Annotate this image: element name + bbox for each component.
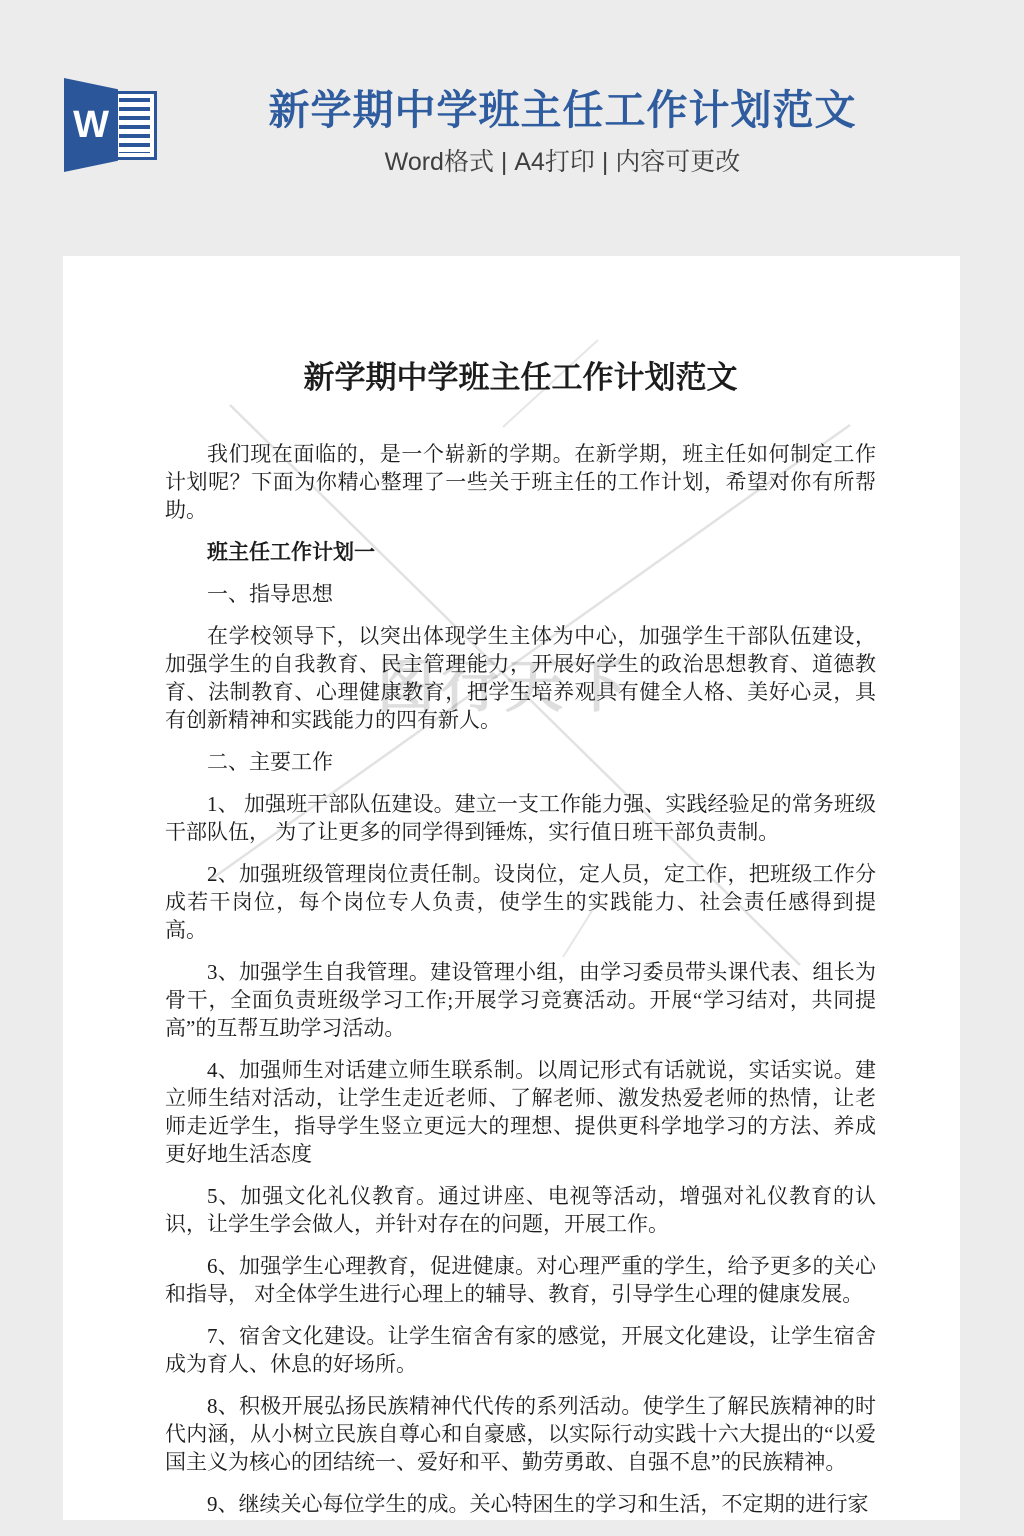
doc-paragraph: 8、积极开展弘扬民族精神代代传的系列活动。使学生了解民族精神的时代内涵，从小树立… [165,1392,876,1476]
document-content: 新学期中学班主任工作计划范文 我们现在面临的，是一个崭新的学期。在新学期，班主任… [63,256,960,1518]
word-document-page-icon [112,91,157,160]
word-document-lines-icon [119,98,150,153]
word-letter: W [73,104,109,147]
doc-paragraph: 6、加强学生心理教育，促进健康。对心理严重的学生，给予更多的关心和指导， 对全体… [165,1252,876,1308]
header: 新学期中学班主任工作计划范文 Word格式 | A4打印 | 内容可更改 [165,86,960,177]
doc-paragraph: 我们现在面临的，是一个崭新的学期。在新学期，班主任如何制定工作计划呢？下面为你精… [165,440,876,524]
doc-paragraph: 5、加强文化礼仪教育。通过讲座、电视等活动，增强对礼仪教育的认识，让学生学会做人… [165,1182,876,1238]
doc-paragraph: 1、 加强班干部队伍建设。建立一支工作能力强、实践经验足的常务班级干部队伍， 为… [165,790,876,846]
document-page: 图行天下 新学期中学班主任工作计划范文 我们现在面临的，是一个崭新的学期。在新学… [63,256,960,1520]
word-logo-icon: W [64,78,160,172]
document-title: 新学期中学班主任工作计划范文 [165,356,876,400]
doc-paragraph: 3、加强学生自我管理。建设管理小组，由学习委员带头课代表、组长为骨干，全面负责班… [165,958,876,1042]
doc-paragraph: 一、指导思想 [165,580,876,608]
doc-paragraph: 9、继续关心每位学生的成。关心特困生的学习和生活，不定期的进行家 [165,1490,876,1518]
header-subtitle: Word格式 | A4打印 | 内容可更改 [165,147,960,177]
doc-paragraph: 4、加强师生对话建立师生联系制。以周记形式有话就说，实话实说。建立师生结对活动，… [165,1056,876,1168]
preview-page: { "header": { "icon": "word-logo-icon", … [0,0,1024,1536]
doc-paragraph: 二、主要工作 [165,748,876,776]
doc-paragraph: 2、加强班级管理岗位责任制。设岗位，定人员，定工作，把班级工作分成若干岗位，每个… [165,860,876,944]
header-title: 新学期中学班主任工作计划范文 [165,86,960,134]
doc-paragraph: 7、宿舍文化建设。让学生宿舍有家的感觉，开展文化建设，让学生宿舍成为育人、休息的… [165,1322,876,1378]
doc-body: 我们现在面临的，是一个崭新的学期。在新学期，班主任如何制定工作计划呢？下面为你精… [165,440,876,1518]
word-w-flap-icon: W [64,78,118,172]
doc-paragraph: 班主任工作计划一 [165,538,876,566]
doc-paragraph: 在学校领导下，以突出体现学生主体为中心，加强学生干部队伍建设，加强学生的自我教育… [165,622,876,734]
